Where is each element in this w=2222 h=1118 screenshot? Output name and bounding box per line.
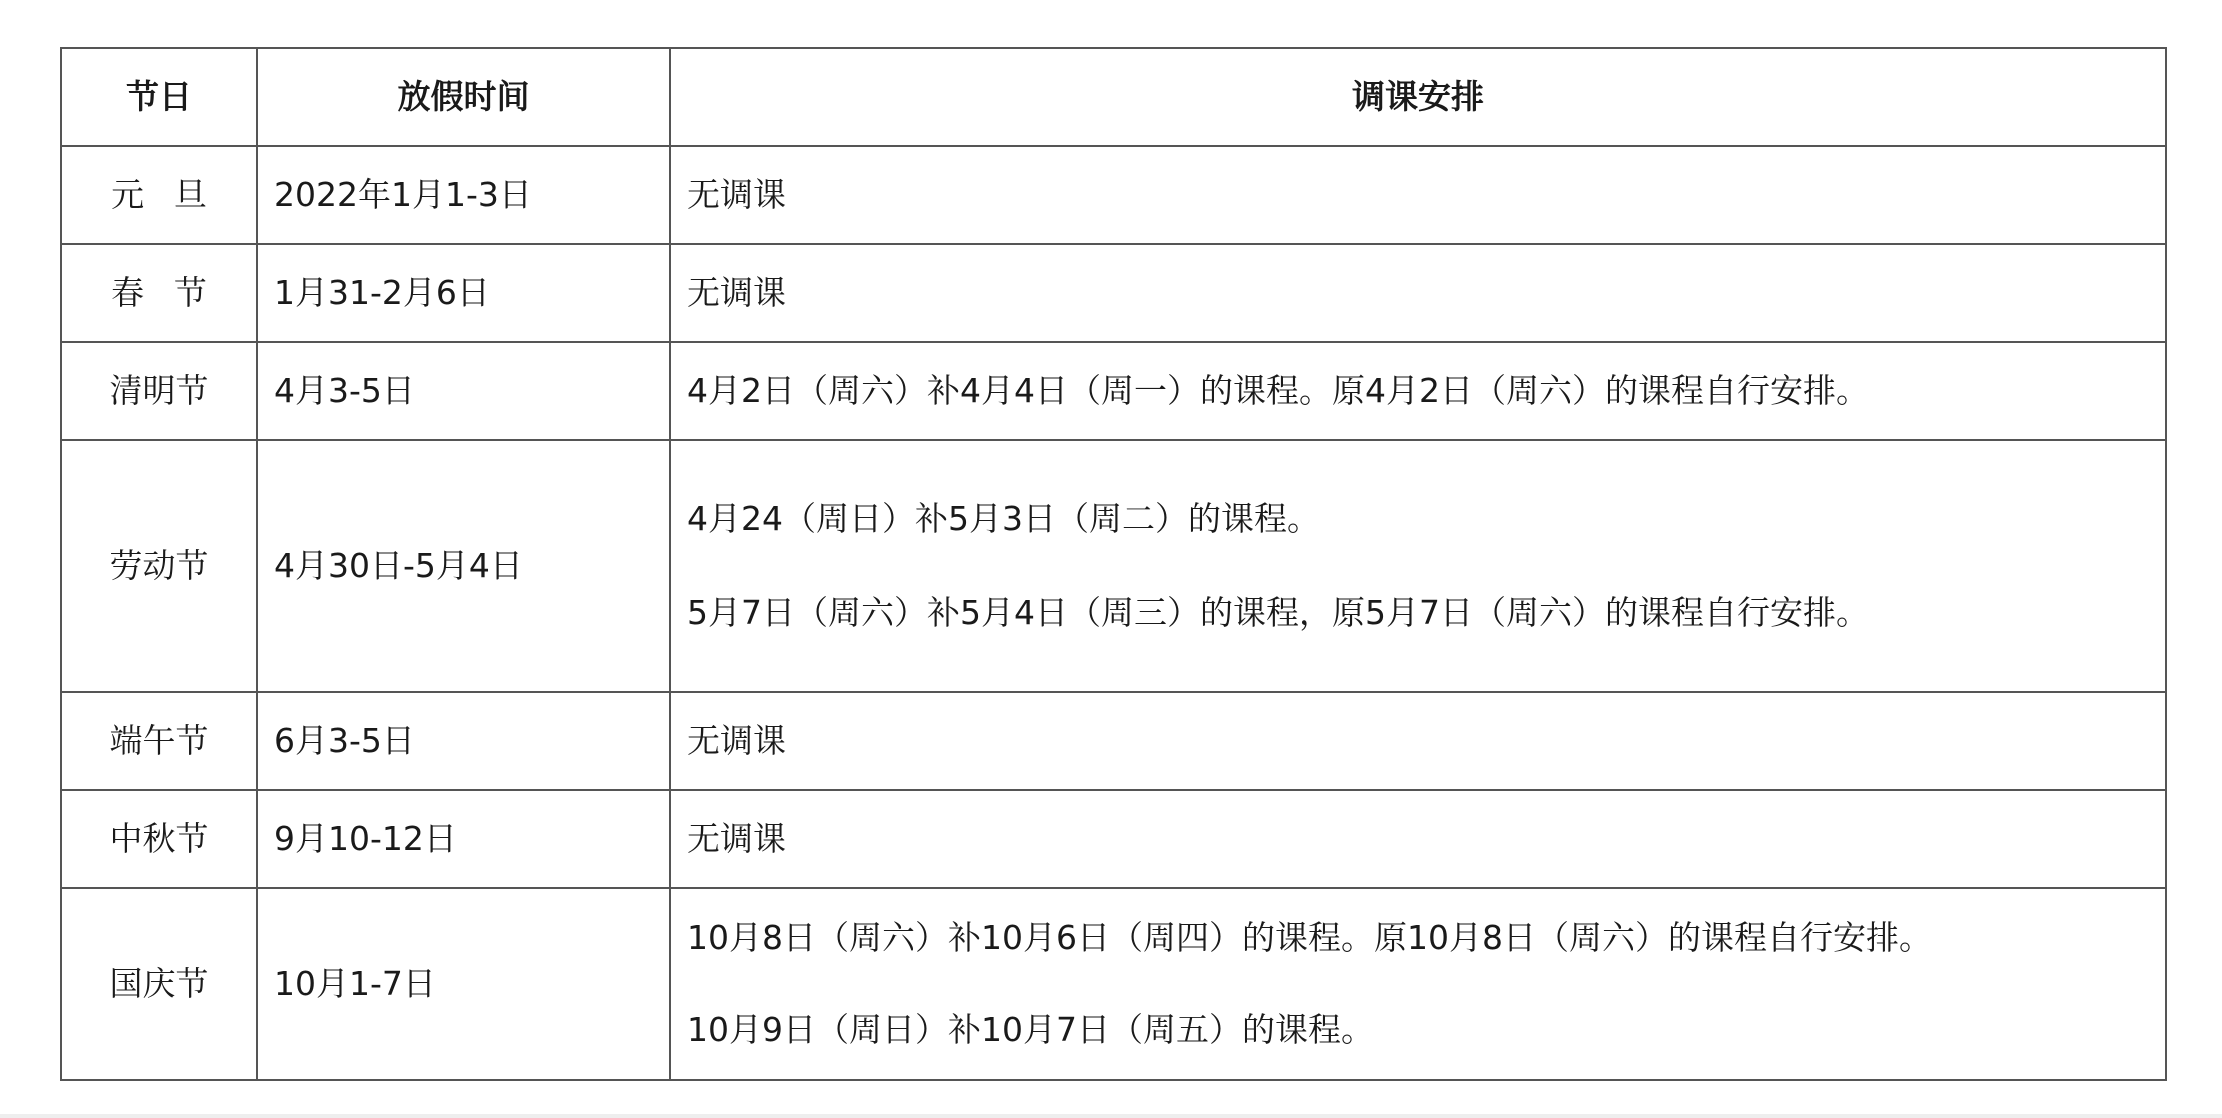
holiday-cell: 劳动节 bbox=[61, 440, 257, 692]
vacation-time-cell: 6月3-5日 bbox=[257, 692, 670, 790]
holiday-name: 中秋节 bbox=[110, 819, 209, 858]
holiday-cell: 元旦 bbox=[61, 146, 257, 244]
holiday-name: 国庆节 bbox=[110, 964, 209, 1003]
holiday-name: 元旦 bbox=[111, 175, 236, 214]
holiday-name: 劳动节 bbox=[110, 546, 209, 585]
arrangement-cell: 10月8日（周六）补10月6日（周四）的课程。原10月8日（周六）的课程自行安排… bbox=[670, 888, 2166, 1080]
table-row: 国庆节 10月1-7日 10月8日（周六）补10月6日（周四）的课程。原10月8… bbox=[61, 888, 2166, 1080]
table-row: 春节 1月31-2月6日 无调课 bbox=[61, 244, 2166, 342]
arrangement-cell: 4月24（周日）补5月3日（周二）的课程。 5月7日（周六）补5月4日（周三）的… bbox=[670, 440, 2166, 692]
table-row: 中秋节 9月10-12日 无调课 bbox=[61, 790, 2166, 888]
arrangement-line: 4月2日（周六）补4月4日（周一）的课程。原4月2日（周六）的课程自行安排。 bbox=[687, 371, 2165, 411]
arrangement-line: 无调课 bbox=[687, 819, 2165, 859]
arrangement-cell: 无调课 bbox=[670, 244, 2166, 342]
holiday-name: 春节 bbox=[111, 273, 236, 312]
vacation-time-cell: 10月1-7日 bbox=[257, 888, 670, 1080]
vacation-time-cell: 4月30日-5月4日 bbox=[257, 440, 670, 692]
table-row: 元旦 2022年1月1-3日 无调课 bbox=[61, 146, 2166, 244]
table-row: 端午节 6月3-5日 无调课 bbox=[61, 692, 2166, 790]
vacation-time-cell: 2022年1月1-3日 bbox=[257, 146, 670, 244]
holiday-cell: 端午节 bbox=[61, 692, 257, 790]
arrangement-line: 10月9日（周日）补10月7日（周五）的课程。 bbox=[687, 1010, 2165, 1050]
holiday-name: 清明节 bbox=[110, 371, 209, 410]
arrangement-cell: 无调课 bbox=[670, 692, 2166, 790]
arrangement-cell: 无调课 bbox=[670, 146, 2166, 244]
holiday-cell: 国庆节 bbox=[61, 888, 257, 1080]
table-header-row: 节日 放假时间 调课安排 bbox=[61, 48, 2166, 146]
holiday-name: 端午节 bbox=[110, 721, 209, 760]
arrangement-cell: 无调课 bbox=[670, 790, 2166, 888]
holiday-cell: 中秋节 bbox=[61, 790, 257, 888]
table-row: 劳动节 4月30日-5月4日 4月24（周日）补5月3日（周二）的课程。 5月7… bbox=[61, 440, 2166, 692]
arrangement-line: 5月7日（周六）补5月4日（周三）的课程，原5月7日（周六）的课程自行安排。 bbox=[687, 593, 2165, 633]
holiday-schedule-table: 节日 放假时间 调课安排 元旦 2022年1月1-3日 无调课 春节 1月31-… bbox=[60, 47, 2167, 1081]
header-vacation-time: 放假时间 bbox=[257, 48, 670, 146]
header-holiday: 节日 bbox=[61, 48, 257, 146]
arrangement-line: 4月24（周日）补5月3日（周二）的课程。 bbox=[687, 499, 2165, 539]
holiday-cell: 清明节 bbox=[61, 342, 257, 440]
page-bottom-edge bbox=[0, 1114, 2222, 1118]
header-class-arrangement: 调课安排 bbox=[670, 48, 2166, 146]
vacation-time-cell: 9月10-12日 bbox=[257, 790, 670, 888]
vacation-time-cell: 1月31-2月6日 bbox=[257, 244, 670, 342]
arrangement-cell: 4月2日（周六）补4月4日（周一）的课程。原4月2日（周六）的课程自行安排。 bbox=[670, 342, 2166, 440]
arrangement-line: 无调课 bbox=[687, 273, 2165, 313]
arrangement-line: 无调课 bbox=[687, 175, 2165, 215]
holiday-cell: 春节 bbox=[61, 244, 257, 342]
arrangement-line: 10月8日（周六）补10月6日（周四）的课程。原10月8日（周六）的课程自行安排… bbox=[687, 918, 2165, 958]
table-row: 清明节 4月3-5日 4月2日（周六）补4月4日（周一）的课程。原4月2日（周六… bbox=[61, 342, 2166, 440]
vacation-time-cell: 4月3-5日 bbox=[257, 342, 670, 440]
arrangement-line: 无调课 bbox=[687, 721, 2165, 761]
